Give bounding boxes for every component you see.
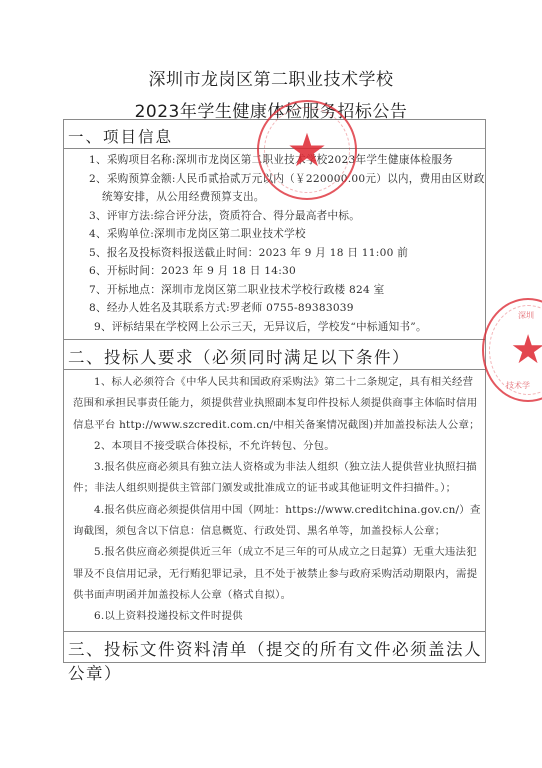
- list-item: 4.报名供应商必须提供信用中国（网址：https://www.creditchi…: [64, 500, 485, 521]
- list-item-continuation: 件；非法人组织则提供主管部门颁发或批准成立的证书或其他证明文件扫描件。）；: [64, 478, 485, 499]
- list-item-continuation: 罪及不良信用记录，无行贿犯罪记录，且不处于被禁止参与政府采购活动期限内，需提: [64, 564, 485, 585]
- seal-text-top: 深圳: [518, 310, 534, 321]
- section-heading-project-info: 一、项目信息: [64, 120, 485, 149]
- list-item-continuation: 询截图，须包含以下信息：信息概览、行政处罚、黑名单等，加盖投标人公章；: [64, 521, 485, 542]
- section-body-project-info: 1、采购项目名称:深圳市龙岗区第二职业技术学校2023年学生健康体检服务 2、采…: [64, 149, 485, 340]
- section-heading-bid-document-checklist: 三、投标文件资料清单（提交的所有文件必须盖法人公章）: [64, 632, 485, 662]
- list-item: 1、标人必须符合《中华人民共和国政府采购法》第二十二条规定，具有相关经营: [64, 372, 485, 393]
- document-title-line1: 深圳市龙岗区第二职业技术学校: [0, 65, 542, 90]
- list-item: 9、评标结果在学校网上公示三天，无异议后，学校发“中标通知书”。: [64, 318, 485, 337]
- seal-inner-ring: [489, 305, 542, 395]
- list-item: 2、采购预算金额:人民币贰拾贰万元以内（￥220000.00元）以内，费用由区财…: [64, 170, 485, 189]
- list-item: 5、报名及投标资料报送截止时间：2023 年 9 月 18 日 11:00 前: [64, 244, 485, 263]
- list-item: 7、开标地点：深圳市龙岗区第二职业技术学校行政楼 824 室: [64, 281, 485, 300]
- list-item: 5.报名供应商必须提供近三年（成立不足三年的可从成立之日起算）无重大违法犯: [64, 542, 485, 563]
- list-item-continuation: 统筹安排，从公用经费预算支出。: [64, 188, 485, 207]
- list-item: 2、本项目不接受联合体投标，不允许转包、分包。: [64, 436, 485, 457]
- list-item: 8、经办人姓名及其联系方式:罗老师 0755-89383039: [64, 299, 485, 318]
- announcement-table: 一、项目信息 1、采购项目名称:深圳市龙岗区第二职业技术学校2023年学生健康体…: [63, 119, 486, 663]
- section-heading-bidder-requirements: 二、投标人要求（必须同时满足以下条件）: [64, 340, 485, 370]
- list-item: 3.报名供应商必须具有独立法人资格或为非法人组织（独立法人提供营业执照扫描: [64, 457, 485, 478]
- official-seal-partial: ★ 深圳 技术学: [482, 298, 542, 402]
- seal-text-bottom: 技术学: [506, 380, 530, 391]
- list-item-continuation: 范围和承担民事责任能力，须提供营业执照副本复印件投标人须提供商事主体临时信用: [64, 393, 485, 414]
- list-item: 4、采购单位:深圳市龙岗区第二职业技术学校: [64, 225, 485, 244]
- list-item: 3、评审方法:综合评分法，资质符合、得分最高者中标。: [64, 207, 485, 226]
- list-item: 6.以上资料投递投标文件时提供: [64, 606, 485, 627]
- list-item: 6、开标时间：2023 年 9 月 18 日 14:30: [64, 262, 485, 281]
- section-body-bidder-requirements: 1、标人必须符合《中华人民共和国政府采购法》第二十二条规定，具有相关经营 范围和…: [64, 370, 485, 632]
- list-item: 1、采购项目名称:深圳市龙岗区第二职业技术学校2023年学生健康体检服务: [64, 151, 485, 170]
- list-item-continuation: 信息平台 http://www.szcredit.com.cn/中相关备案情况截…: [64, 415, 485, 436]
- list-item-continuation: 供书面声明函并加盖投标人公章（格式自拟）。: [64, 585, 485, 606]
- star-icon: ★: [510, 330, 542, 370]
